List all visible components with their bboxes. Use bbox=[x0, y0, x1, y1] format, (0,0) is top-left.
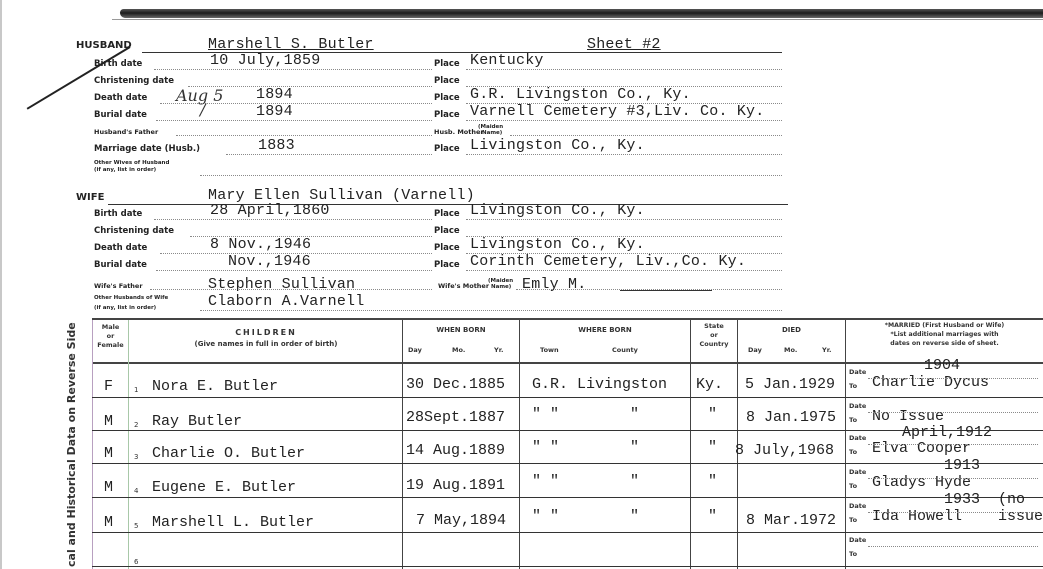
child-name: Nora E. Butler bbox=[152, 378, 278, 395]
dotted-line bbox=[868, 412, 1038, 413]
husband-marriage-date: 1883 bbox=[258, 137, 295, 154]
husband-birth-place-label: Place bbox=[434, 59, 460, 69]
child-number: 3 bbox=[134, 453, 138, 461]
dotted-line bbox=[176, 135, 432, 136]
child-number: 1 bbox=[134, 386, 138, 394]
dotted-line bbox=[466, 219, 782, 220]
dotted-line bbox=[154, 219, 432, 220]
child-number: 5 bbox=[134, 522, 138, 530]
child-born-town: G.R. Livingston bbox=[532, 376, 667, 393]
wife-birth-place: Livingston Co., Ky. bbox=[470, 202, 645, 219]
husband-label: HUSBAND bbox=[76, 40, 132, 51]
wife-burial-date-label: Burial date bbox=[94, 260, 147, 270]
married-to-label: To bbox=[849, 416, 857, 424]
header-state-2: or bbox=[691, 331, 737, 339]
husband-other-wives-label-2: (if any, list in order) bbox=[94, 167, 156, 173]
child-died: 8 Jan.1975 bbox=[746, 409, 836, 426]
wife-other-husbands-label-1: Other Husbands of Wife bbox=[94, 295, 168, 301]
header-died-day: Day bbox=[748, 346, 762, 354]
child-born-town: " " bbox=[532, 439, 559, 456]
husband-birth-place: Kentucky bbox=[470, 52, 544, 69]
row-border bbox=[92, 397, 1043, 398]
wife-birth-date: 28 April,1860 bbox=[210, 202, 330, 219]
husband-marriage-place-label: Place bbox=[434, 144, 460, 154]
header-when-mo: Mo. bbox=[452, 346, 465, 354]
married-to-label: To bbox=[849, 382, 857, 390]
dotted-line bbox=[154, 69, 432, 70]
header-when-born: WHEN BORN bbox=[403, 326, 519, 334]
child-born-town: " " bbox=[532, 508, 559, 525]
sheet-number: Sheet #2 bbox=[587, 36, 661, 53]
married-to-label: To bbox=[849, 448, 857, 456]
row-border bbox=[92, 566, 1043, 567]
husband-mother-label: Husb. Mother bbox=[434, 129, 484, 136]
husband-name: Marshell S. Butler bbox=[208, 36, 374, 53]
header-when-yr: Yr. bbox=[494, 346, 503, 354]
dotted-line bbox=[466, 154, 782, 155]
husband-mother-maiden-label-2: Name) bbox=[482, 130, 502, 136]
married-date-label: Date bbox=[849, 368, 866, 376]
child-born-state: " bbox=[708, 473, 717, 490]
child-born-county: " bbox=[630, 473, 639, 490]
husband-other-wives-label-1: Other Wives of Husband bbox=[94, 160, 169, 166]
child-married-date: 1904 bbox=[924, 357, 960, 374]
child-died: 8 July,1968 bbox=[735, 442, 834, 459]
wife-death-place: Livingston Co., Ky. bbox=[470, 236, 645, 253]
child-name: Ray Butler bbox=[152, 413, 242, 430]
husband-death-date-label: Death date bbox=[94, 93, 147, 103]
dotted-line bbox=[200, 310, 782, 311]
child-born-state: " bbox=[708, 439, 717, 456]
row-border bbox=[92, 463, 1043, 464]
married-date-label: Date bbox=[849, 536, 866, 544]
child-number: 4 bbox=[134, 487, 138, 495]
child-born-state: Ky. bbox=[696, 376, 723, 393]
wife-birth-place-label: Place bbox=[434, 209, 460, 219]
child-died: 5 Jan.1929 bbox=[745, 376, 835, 393]
married-to-label: To bbox=[849, 516, 857, 524]
dotted-line bbox=[510, 135, 782, 136]
child-name: Eugene E. Butler bbox=[152, 479, 296, 496]
child-born-state: " bbox=[708, 508, 717, 525]
husband-christening-date-label: Christening date bbox=[94, 76, 174, 86]
wife-death-date: 8 Nov.,1946 bbox=[210, 236, 311, 253]
child-born-county: " bbox=[630, 406, 639, 423]
header-state-3: Country bbox=[691, 340, 737, 348]
wife-other-husbands: Claborn A.Varnell bbox=[208, 293, 364, 310]
wife-mother-label: Wife's Mother bbox=[438, 283, 489, 290]
child-married-to: Ida Howell issue bbox=[872, 508, 1043, 525]
child-married-date: April,1912 bbox=[902, 424, 992, 441]
child-born: 19 Aug.1891 bbox=[406, 477, 505, 494]
dotted-line bbox=[226, 154, 432, 155]
child-born-state: " bbox=[708, 406, 717, 423]
header-where-county: County bbox=[612, 346, 638, 354]
child-number: 6 bbox=[134, 558, 138, 566]
child-name: Charlie O. Butler bbox=[152, 445, 305, 462]
wife-christening-place-label: Place bbox=[434, 226, 460, 236]
wife-mother-maiden-label-2: Name) bbox=[491, 284, 511, 290]
header-where-town: Town bbox=[540, 346, 559, 354]
wife-death-date-label: Death date bbox=[94, 243, 147, 253]
dotted-line bbox=[466, 69, 782, 70]
header-sex-3: Female bbox=[93, 341, 128, 349]
wife-burial-place-label: Place bbox=[434, 260, 460, 270]
child-married-date: 1913 bbox=[944, 457, 980, 474]
child-married-date: 1933 (no bbox=[944, 491, 1025, 508]
husband-father-label: Husband's Father bbox=[94, 129, 158, 136]
child-died: 8 Mar.1972 bbox=[746, 512, 836, 529]
married-to-label: To bbox=[849, 482, 857, 490]
wife-burial-place: Corinth Cemetery, Liv.,Co. Ky. bbox=[470, 253, 746, 270]
married-date-label: Date bbox=[849, 468, 866, 476]
scan-edge-line bbox=[112, 19, 1043, 20]
child-name: Marshell L. Butler bbox=[152, 514, 314, 531]
husband-burial-place-label: Place bbox=[434, 110, 460, 120]
wife-mother-surname-blank bbox=[620, 290, 712, 291]
header-state-1: State bbox=[691, 322, 737, 330]
husband-burial-date: 1894 bbox=[256, 103, 293, 120]
husband-burial-date-label: Burial date bbox=[94, 110, 147, 120]
wife-burial-date: Nov.,1946 bbox=[228, 253, 311, 270]
table-top-border bbox=[92, 318, 1043, 320]
child-sex: M bbox=[104, 479, 113, 496]
wife-father: Stephen Sullivan bbox=[208, 276, 355, 293]
dotted-line bbox=[156, 270, 432, 271]
header-children-subtitle: (Give names in full in order of birth) bbox=[130, 340, 402, 348]
dotted-line bbox=[156, 120, 432, 121]
dotted-line bbox=[466, 270, 782, 271]
husband-death-date: 1894 bbox=[256, 86, 293, 103]
wife-other-husbands-label-2: (if any, list in order) bbox=[94, 305, 156, 311]
wife-birth-date-label: Birth date bbox=[94, 209, 142, 219]
husband-death-place: G.R. Livingston Co., Ky. bbox=[470, 86, 691, 103]
husband-birth-date-label: Birth date bbox=[94, 59, 142, 69]
header-married-1: *MARRIED (First Husband or Wife) bbox=[846, 322, 1043, 329]
child-sex: M bbox=[104, 514, 113, 531]
child-sex: M bbox=[104, 413, 113, 430]
dotted-line bbox=[466, 120, 782, 121]
married-date-label: Date bbox=[849, 502, 866, 510]
header-died-yr: Yr. bbox=[822, 346, 831, 354]
side-note-reverse: cal and Historical Data on Reverse Side bbox=[65, 327, 78, 567]
child-born-town: " " bbox=[532, 473, 559, 490]
child-born-county: " bbox=[630, 439, 639, 456]
header-sex-1: Male bbox=[93, 323, 128, 331]
row-border bbox=[92, 497, 1043, 498]
header-sex-2: or bbox=[93, 332, 128, 340]
scan-fold-shadow bbox=[120, 9, 1043, 18]
dotted-line bbox=[868, 478, 1038, 479]
row-border bbox=[92, 430, 1043, 431]
child-married-to: Charlie Dycus bbox=[872, 374, 989, 391]
header-when-day: Day bbox=[408, 346, 422, 354]
husband-death-place-label: Place bbox=[434, 93, 460, 103]
header-married-2: *List additional marriages with bbox=[846, 331, 1043, 338]
dotted-line bbox=[868, 444, 1038, 445]
dotted-line bbox=[868, 546, 1038, 547]
dotted-line bbox=[868, 512, 1038, 513]
wife-death-place-label: Place bbox=[434, 243, 460, 253]
dotted-line bbox=[868, 378, 1038, 379]
husband-birth-date: 10 July,1859 bbox=[210, 52, 320, 69]
husband-marriage-place: Livingston Co., Ky. bbox=[470, 137, 645, 154]
child-sex: M bbox=[104, 445, 113, 462]
child-married-to: Elva Cooper bbox=[872, 440, 971, 457]
child-married-to: Gladys Hyde bbox=[872, 474, 971, 491]
married-to-label: To bbox=[849, 550, 857, 558]
header-died-mo: Mo. bbox=[784, 346, 797, 354]
child-born: 14 Aug.1889 bbox=[406, 442, 505, 459]
child-born: 7 May,1894 bbox=[416, 512, 506, 529]
husband-marriage-date-label: Marriage date (Husb.) bbox=[94, 144, 200, 154]
child-born-county: " bbox=[630, 508, 639, 525]
child-born: 28Sept.1887 bbox=[406, 409, 505, 426]
child-sex: F bbox=[104, 378, 113, 395]
table-header-border bbox=[92, 362, 1043, 364]
child-born-town: " " bbox=[532, 406, 559, 423]
dotted-line bbox=[200, 175, 782, 176]
child-born: 30 Dec.1885 bbox=[406, 376, 505, 393]
married-date-label: Date bbox=[849, 434, 866, 442]
wife-label: WIFE bbox=[76, 192, 104, 203]
header-children-title: CHILDREN bbox=[130, 328, 402, 337]
married-date-label: Date bbox=[849, 402, 866, 410]
wife-father-label: Wife's Father bbox=[94, 283, 143, 290]
child-married-to: No Issue bbox=[872, 408, 944, 425]
header-married-3: dates on reverse side of sheet. bbox=[846, 340, 1043, 347]
dotted-line bbox=[188, 86, 432, 87]
row-border bbox=[92, 532, 1043, 533]
header-died: DIED bbox=[738, 326, 845, 334]
child-number: 2 bbox=[134, 421, 138, 429]
header-where-born: WHERE BORN bbox=[520, 326, 690, 334]
husband-christening-place-label: Place bbox=[434, 76, 460, 86]
wife-christening-date-label: Christening date bbox=[94, 226, 174, 236]
wife-mother: Emly M. bbox=[522, 276, 586, 293]
husband-burial-place: Varnell Cemetery #3,Liv. Co. Ky. bbox=[470, 103, 764, 120]
husband-burial-date-handwritten: / bbox=[200, 100, 205, 119]
